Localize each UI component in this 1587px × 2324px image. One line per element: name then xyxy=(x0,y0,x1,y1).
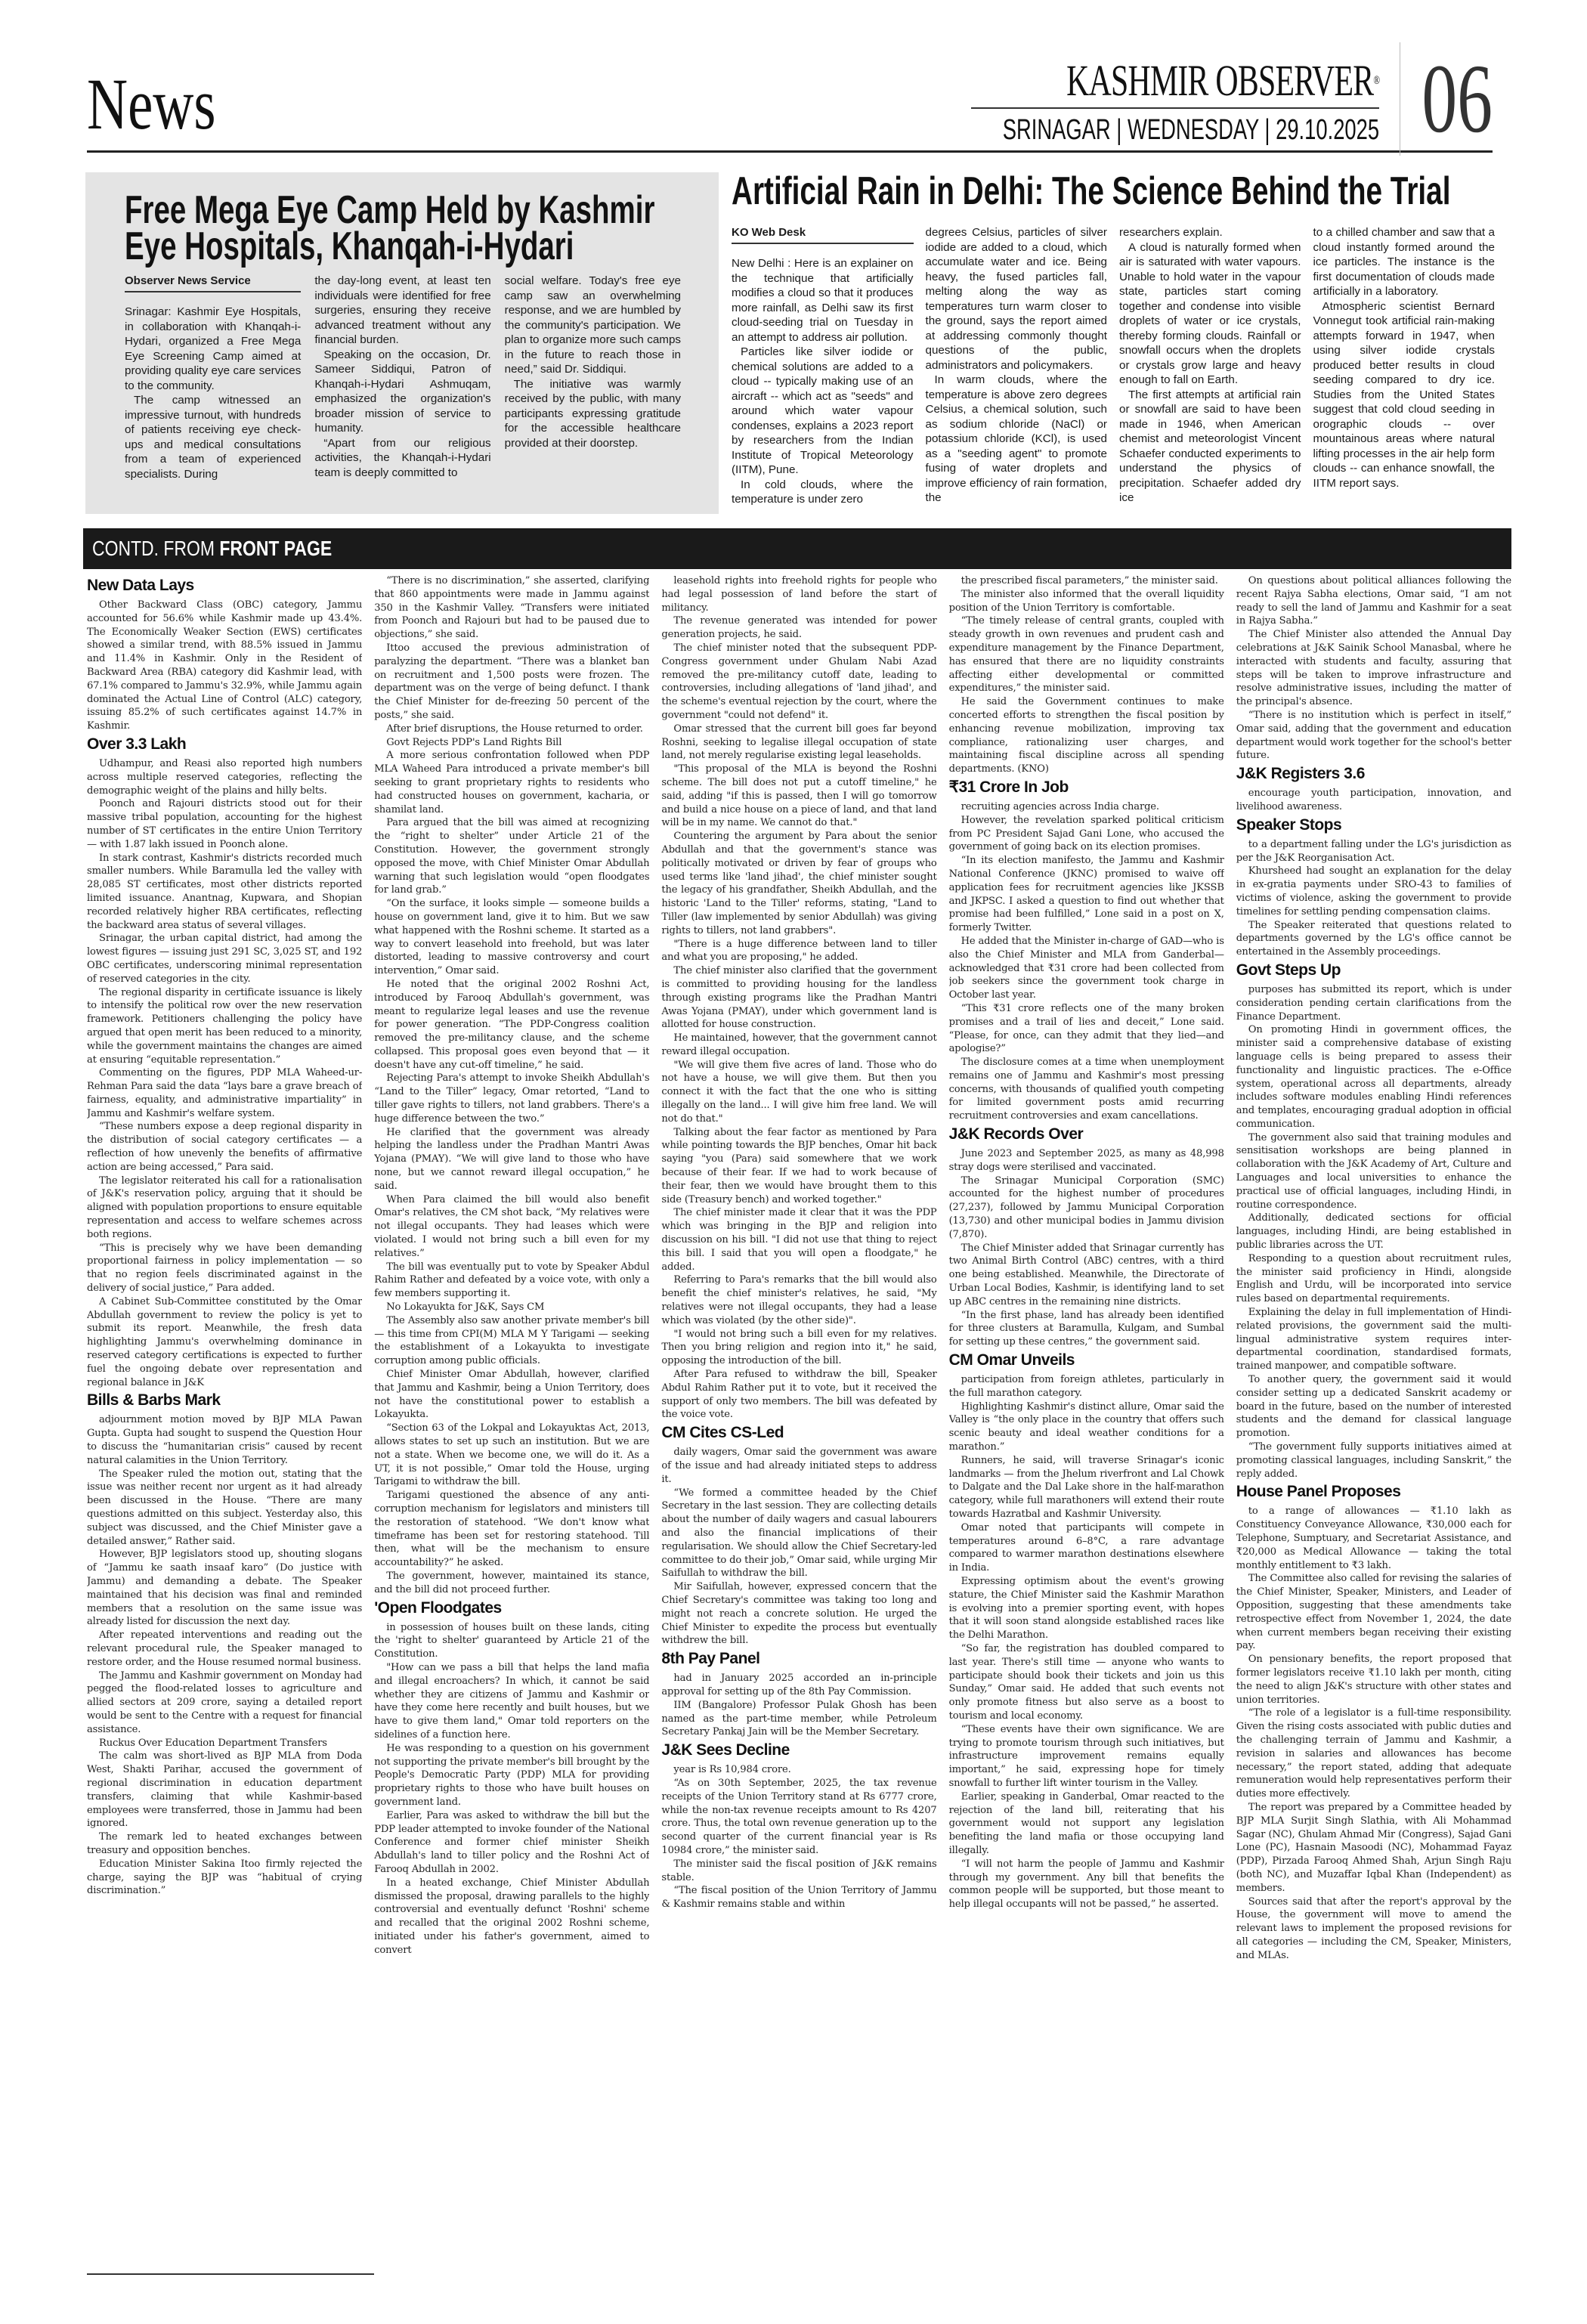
paragraph: June 2023 and September 2025, as many as… xyxy=(949,1147,1224,1174)
paragraph: Particles like silver iodide or chemical… xyxy=(732,345,914,478)
paragraph: “Apart from our religious activities, th… xyxy=(314,436,490,481)
paragraph: He clarified that the government was alr… xyxy=(374,1126,649,1193)
paragraph: Udhampur, and Reasi also reported high n… xyxy=(87,757,362,797)
byline: Observer News Service xyxy=(125,274,301,292)
paragraph: “In the first phase, land has already be… xyxy=(949,1309,1224,1349)
story-subheading: 'Open Floodgates xyxy=(374,1598,649,1618)
paragraph: On pensionary benefits, the report propo… xyxy=(1236,1653,1511,1707)
paragraph: the prescribed fiscal parameters,” the m… xyxy=(949,574,1224,588)
article-column: social welfare. Today's free eye camp sa… xyxy=(505,274,681,481)
paragraph: degrees Celsius, particles of silver iod… xyxy=(926,225,1108,373)
news-column: On questions about political alliances f… xyxy=(1236,574,1511,2290)
paragraph: On promoting Hindi in government offices… xyxy=(1236,1023,1511,1131)
paragraph: adjournment motion moved by BJP MLA Pawa… xyxy=(87,1413,362,1467)
paragraph: In a heated exchange, Chief Minister Abd… xyxy=(374,1877,649,1957)
paragraph: “These numbers expose a deep regional di… xyxy=(87,1120,362,1174)
paragraph: The regional disparity in certificate is… xyxy=(87,986,362,1067)
paragraph: daily wagers, Omar said the government w… xyxy=(661,1446,936,1486)
paragraph: However, the revelation sparked politica… xyxy=(949,814,1224,854)
paragraph: Other Backward Class (OBC) category, Jam… xyxy=(87,599,362,733)
story-subheading: CM Cites CS-Led xyxy=(661,1423,936,1443)
paragraph: Commenting on the figures, PDP MLA Wahee… xyxy=(87,1066,362,1120)
paragraph: had in January 2025 accorded an in-princ… xyxy=(661,1672,936,1699)
paragraph: Mir Saifullah, however, expressed concer… xyxy=(661,1580,936,1648)
paragraph: New Delhi : Here is an explainer on the … xyxy=(732,256,914,345)
paragraph: The Speaker reiterated that questions re… xyxy=(1236,919,1511,959)
paragraph: Education Minister Sakina Itoo firmly re… xyxy=(87,1858,362,1898)
paragraph: The initiative was warmly received by th… xyxy=(505,377,681,451)
paragraph: He noted that the original 2002 Roshni A… xyxy=(374,978,649,1072)
paragraph: “The government fully supports initiativ… xyxy=(1236,1441,1511,1481)
paragraph: “In its election manifesto, the Jammu an… xyxy=(949,854,1224,935)
story-subheading: CM Omar Unveils xyxy=(949,1351,1224,1370)
paragraph: “Section 63 of the Lokpal and Lokayuktas… xyxy=(374,1422,649,1489)
paragraph: Referring to Para's remarks that the bil… xyxy=(661,1273,936,1327)
paragraph: "How can we pass a bill that helps the l… xyxy=(374,1661,649,1742)
paragraph: Govt Rejects PDP's Land Rights Bill xyxy=(374,736,649,750)
byline: KO Web Desk xyxy=(732,225,914,244)
paragraph: The Committee also called for revising t… xyxy=(1236,1572,1511,1653)
headline-line-2: Eye Hospitals, Khanqah-i-Hydari xyxy=(125,224,574,268)
paragraph: in possession of houses built on these l… xyxy=(374,1621,649,1661)
paragraph: year is Rs 10,984 crore. xyxy=(661,1763,936,1777)
paragraph: Countering the argument by Para about th… xyxy=(661,830,936,937)
paragraph: recruiting agencies across India charge. xyxy=(949,800,1224,814)
paragraph: IIM (Bangalore) Professor Pulak Ghosh ha… xyxy=(661,1699,936,1739)
paragraph: Para argued that the bill was aimed at r… xyxy=(374,816,649,897)
paragraph: The Chief Minister also attended the Ann… xyxy=(1236,628,1511,709)
paragraph: encourage youth participation, innovatio… xyxy=(1236,787,1511,814)
paragraph: On questions about political alliances f… xyxy=(1236,574,1511,628)
paragraph: “The timely release of central grants, c… xyxy=(949,614,1224,695)
story-subheading: Govt Steps Up xyxy=(1236,961,1511,980)
paragraph: “This is precisely why we have been dema… xyxy=(87,1242,362,1295)
article-body: Observer News ServiceSrinagar: Kashmir E… xyxy=(125,274,681,481)
article-artificial-rain: Artificial Rain in Delhi: The Science Be… xyxy=(732,172,1495,514)
dateline: SRINAGAR | WEDNESDAY | 29.10.2025 xyxy=(1003,113,1379,147)
story-subheading: ₹31 Crore In Job xyxy=(949,778,1224,797)
paragraph: After brief disruptions, the House retur… xyxy=(374,723,649,736)
paragraph: The disclosure comes at a time when unem… xyxy=(949,1056,1224,1123)
paragraph: He said the Government continues to make… xyxy=(949,695,1224,776)
paragraph: purposes has submitted its report, which… xyxy=(1236,983,1511,1023)
paragraph: To another query, the government said it… xyxy=(1236,1373,1511,1441)
brand-name: KASHMIR OBSERVER xyxy=(1066,56,1373,105)
story-subheading: House Panel Proposes xyxy=(1236,1482,1511,1502)
story-subheading: New Data Lays xyxy=(87,576,362,596)
paragraph: “As on 30th September, 2025, the tax rev… xyxy=(661,1777,936,1858)
paragraph: “I will not harm the people of Jammu and… xyxy=(949,1858,1224,1911)
paragraph: “The role of a legislator is a full-time… xyxy=(1236,1707,1511,1801)
paragraph: "I would not bring such a bill even for … xyxy=(661,1328,936,1368)
article-column: Observer News ServiceSrinagar: Kashmir E… xyxy=(125,274,301,481)
paragraph: Atmospheric scientist Bernard Vonnegut t… xyxy=(1313,299,1496,491)
paragraph: A Cabinet Sub-Committee constituted by t… xyxy=(87,1295,362,1390)
news-column: “There is no discrimination,” she assert… xyxy=(374,574,649,2290)
paragraph: A more serious confrontation followed wh… xyxy=(374,749,649,816)
paragraph: The calm was short-lived as BJP MLA from… xyxy=(87,1750,362,1830)
paragraph: to a department falling under the LG's j… xyxy=(1236,838,1511,865)
paragraph: After Para refused to withdraw the bill,… xyxy=(661,1368,936,1422)
paragraph: The chief minister noted that the subseq… xyxy=(661,642,936,723)
paragraph: The camp witnessed an impressive turnout… xyxy=(125,393,301,481)
page-number-divider xyxy=(1400,42,1400,156)
paragraph: Rejecting Para's attempt to invoke Sheik… xyxy=(374,1072,649,1125)
news-column: leasehold rights into freehold rights fo… xyxy=(661,574,936,2290)
banner-strong: FRONT PAGE xyxy=(219,537,332,560)
paragraph: In cold clouds, where the temperature is… xyxy=(732,478,914,507)
paragraph: The Assembly also saw another private me… xyxy=(374,1314,649,1368)
paragraph: Ittoo accused the previous administratio… xyxy=(374,642,649,723)
paragraph: The Srinagar Municipal Corporation (SMC)… xyxy=(949,1174,1224,1242)
newspaper-logo: KASHMIR OBSERVER® xyxy=(1066,59,1379,103)
article-column: the day-long event, at least ten individ… xyxy=(314,274,490,481)
news-column: New Data LaysOther Backward Class (OBC) … xyxy=(87,574,362,2290)
paragraph: Ruckus Over Education Department Transfe… xyxy=(87,1737,362,1750)
paragraph: A cloud is naturally formed when air is … xyxy=(1119,240,1301,388)
page-number: 06 xyxy=(1421,50,1493,148)
paragraph: Srinagar, the urban capital district, ha… xyxy=(87,932,362,986)
paragraph: The revenue generated was intended for p… xyxy=(661,614,936,642)
banner-label: CONTD. FROM FRONT PAGE xyxy=(92,528,332,569)
paragraph: The report was prepared by a Committee h… xyxy=(1236,1801,1511,1895)
paragraph: the day-long event, at least ten individ… xyxy=(314,274,490,348)
paragraph: No Lokayukta for J&K, Says CM xyxy=(374,1301,649,1314)
story-subheading: J&K Records Over xyxy=(949,1125,1224,1144)
continued-stories: New Data LaysOther Backward Class (OBC) … xyxy=(87,574,1511,2290)
paragraph: "There is a huge difference between land… xyxy=(661,938,936,965)
paragraph: He was responding to a question on his g… xyxy=(374,1742,649,1809)
paragraph: The Speaker ruled the motion out, statin… xyxy=(87,1468,362,1549)
paragraph: Talking about the fear factor as mention… xyxy=(661,1126,936,1207)
continued-from-front-page-banner: CONTD. FROM FRONT PAGE xyxy=(83,528,1511,569)
paragraph: The Chief Minister added that Srinagar c… xyxy=(949,1242,1224,1309)
paragraph: Additionally, dedicated sections for off… xyxy=(1236,1212,1511,1252)
paragraph: Srinagar: Kashmir Eye Hospitals, in coll… xyxy=(125,305,301,393)
paragraph: “There is no institution which is perfec… xyxy=(1236,709,1511,763)
paragraph: The bill was eventually put to vote by S… xyxy=(374,1261,649,1301)
paragraph: Responding to a question about recruitme… xyxy=(1236,1252,1511,1306)
paragraph: Sources said that after the report's app… xyxy=(1236,1895,1511,1963)
story-subheading: 8th Pay Panel xyxy=(661,1649,936,1669)
paragraph: to a range of allowances — ₹1.10 lakh as… xyxy=(1236,1505,1511,1572)
paragraph: “So far, the registration has doubled co… xyxy=(949,1642,1224,1723)
paragraph: Speaking on the occasion, Dr. Sameer Sid… xyxy=(314,348,490,436)
paragraph: In stark contrast, Kashmir's districts r… xyxy=(87,852,362,933)
paragraph: The first attempts at artificial rain or… xyxy=(1119,388,1301,506)
paragraph: Earlier, Para was asked to withdraw the … xyxy=(374,1809,649,1877)
paragraph: researchers explain. xyxy=(1119,225,1301,240)
paragraph: “These events have their own significanc… xyxy=(949,1723,1224,1790)
paragraph: participation from foreign athletes, par… xyxy=(949,1373,1224,1400)
story-subheading: J&K Registers 3.6 xyxy=(1236,764,1511,784)
paragraph: Tarigami questioned the absence of any a… xyxy=(374,1489,649,1570)
paragraph: The chief minister also clarified that t… xyxy=(661,964,936,1032)
paragraph: "We will give them five acres of land. T… xyxy=(661,1059,936,1126)
paragraph: Khursheed had sought an explanation for … xyxy=(1236,865,1511,918)
paragraph: “On the surface, it looks simple — someo… xyxy=(374,897,649,978)
paragraph: In warm clouds, where the temperature is… xyxy=(926,373,1108,506)
paragraph: Poonch and Rajouri districts stood out f… xyxy=(87,797,362,851)
brand-block: KASHMIR OBSERVER® xyxy=(926,59,1379,103)
article-eye-camp: Free Mega Eye Camp Held by Kashmir Eye H… xyxy=(85,172,719,514)
paragraph: Expressing optimism about the event's gr… xyxy=(949,1575,1224,1642)
banner-lead: CONTD. FROM xyxy=(92,537,219,560)
paragraph: "This proposal of the MLA is beyond the … xyxy=(661,763,936,830)
paragraph: When Para claimed the bill would also be… xyxy=(374,1193,649,1261)
paragraph: The government also said that training m… xyxy=(1236,1131,1511,1212)
paragraph: “There is no discrimination,” she assert… xyxy=(374,574,649,642)
paragraph: Chief Minister Omar Abdullah, however, c… xyxy=(374,1368,649,1422)
paragraph: He added that the Minister in-charge of … xyxy=(949,935,1224,1002)
article-column: KO Web DeskNew Delhi : Here is an explai… xyxy=(732,225,914,507)
paragraph: Runners, he said, will traverse Srinagar… xyxy=(949,1454,1224,1521)
registered-mark-icon: ® xyxy=(1373,74,1379,87)
article-column: to a chilled chamber and saw that a clou… xyxy=(1313,225,1496,507)
article-headline: Artificial Rain in Delhi: The Science Be… xyxy=(732,172,1300,210)
paragraph: The minister also informed that the over… xyxy=(949,588,1224,615)
paragraph: The government, however, maintained its … xyxy=(374,1570,649,1597)
paragraph: However, BJP legislators stood up, shout… xyxy=(87,1548,362,1629)
paragraph: “The fiscal position of the Union Territ… xyxy=(661,1884,936,1911)
masthead: News KASHMIR OBSERVER® SRINAGAR | WEDNES… xyxy=(87,53,1493,153)
story-subheading: Over 3.3 Lakh xyxy=(87,735,362,754)
paragraph: social welfare. Today's free eye camp sa… xyxy=(505,274,681,377)
article-headline: Free Mega Eye Camp Held by Kashmir Eye H… xyxy=(125,192,537,265)
paragraph: Omar noted that participants will compet… xyxy=(949,1521,1224,1575)
paragraph: “We formed a committee headed by the Chi… xyxy=(661,1487,936,1581)
paragraph: The remark led to heated exchanges betwe… xyxy=(87,1830,362,1858)
paragraph: leasehold rights into freehold rights fo… xyxy=(661,574,936,614)
section-title: News xyxy=(87,68,216,141)
paragraph: Earlier, speaking in Ganderbal, Omar rea… xyxy=(949,1790,1224,1858)
article-column: degrees Celsius, particles of silver iod… xyxy=(926,225,1108,507)
paragraph: Omar stressed that the current bill goes… xyxy=(661,723,936,763)
paragraph: The Jammu and Kashmir government on Mond… xyxy=(87,1670,362,1737)
story-subheading: Speaker Stops xyxy=(1236,815,1511,835)
news-column: the prescribed fiscal parameters,” the m… xyxy=(949,574,1224,2290)
paragraph: He maintained, however, that the governm… xyxy=(661,1032,936,1059)
paragraph: The legislator reiterated his call for a… xyxy=(87,1174,362,1242)
paragraph: After repeated interventions and reading… xyxy=(87,1629,362,1669)
article-column: researchers explain.A cloud is naturally… xyxy=(1119,225,1301,507)
paragraph: “This ₹31 crore reflects one of the many… xyxy=(949,1002,1224,1056)
paragraph: The minister said the fiscal position of… xyxy=(661,1858,936,1885)
story-subheading: Bills & Barbs Mark xyxy=(87,1391,362,1410)
article-body: KO Web DeskNew Delhi : Here is an explai… xyxy=(732,225,1495,507)
paragraph: The chief minister made it clear that it… xyxy=(661,1206,936,1273)
brand-rule xyxy=(971,107,1379,109)
paragraph: Explaining the delay in full implementat… xyxy=(1236,1306,1511,1373)
column-end-rule xyxy=(87,2273,374,2275)
paragraph: Highlighting Kashmir's distinct allure, … xyxy=(949,1400,1224,1454)
paragraph: to a chilled chamber and saw that a clou… xyxy=(1313,225,1496,299)
story-subheading: J&K Sees Decline xyxy=(661,1741,936,1760)
